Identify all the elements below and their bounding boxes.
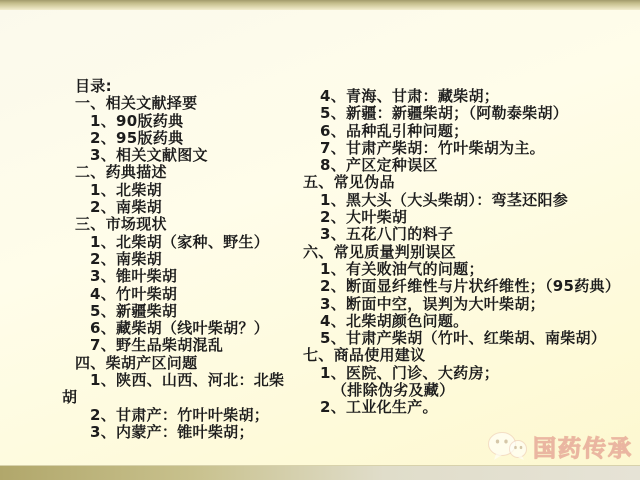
toc-line: 1、90版药典 bbox=[62, 113, 314, 130]
toc-line: 3、内蒙产：锥叶柴胡； bbox=[62, 424, 314, 441]
toc-line: 四、柴胡产区问题 bbox=[62, 355, 314, 372]
watermark-text: 国药传承 bbox=[533, 430, 633, 463]
toc-line: 1、北柴胡 bbox=[62, 182, 314, 199]
toc-line: 3、五花八门的料子 bbox=[296, 226, 640, 243]
toc-line: 5、新疆柴胡 bbox=[62, 303, 314, 320]
toc-line: 6、藏柴胡（线叶柴胡？） bbox=[62, 320, 314, 337]
toc-line: 3、锥叶柴胡 bbox=[62, 268, 314, 285]
toc-line: 1、陕西、山西、河北：北柴 bbox=[62, 372, 314, 389]
toc-line: 胡 bbox=[62, 389, 314, 406]
toc-line: 1、北柴胡（家种、野生） bbox=[62, 234, 314, 251]
toc-line: 三、市场现状 bbox=[62, 216, 314, 233]
wechat-icon bbox=[486, 429, 528, 463]
toc-line: 2、95版药典 bbox=[62, 130, 314, 147]
toc-line: 1、医院、门诊、大药房； bbox=[296, 365, 640, 382]
toc-line: 五、常见伪品 bbox=[296, 174, 640, 191]
top-border bbox=[0, 0, 640, 10]
toc-line: （排除伪劣及藏） bbox=[296, 382, 640, 399]
bottom-border bbox=[0, 465, 640, 480]
toc-line: 5、新疆：新疆柴胡；（阿勒泰柴胡） bbox=[296, 105, 640, 122]
toc-line: 二、药典描述 bbox=[62, 164, 314, 181]
toc-left-column: 目录:一、相关文献择要1、90版药典2、95版药典3、相关文献图文二、药典描述1… bbox=[62, 78, 314, 441]
toc-right-column: 4、青海、甘肃：藏柴胡；5、新疆：新疆柴胡；（阿勒泰柴胡）6、品种乱引种问题；7… bbox=[296, 88, 640, 417]
toc-line: 6、品种乱引种问题； bbox=[296, 123, 640, 140]
toc-line: 7、野生品柴胡混乱 bbox=[62, 337, 314, 354]
toc-line: 一、相关文献择要 bbox=[62, 95, 314, 112]
toc-line: 1、有关败油气的问题； bbox=[296, 261, 640, 278]
toc-line: 七、商品使用建议 bbox=[296, 347, 640, 364]
toc-line: 2、工业化生产。 bbox=[296, 399, 640, 416]
toc-line: 4、北柴胡颜色问题。 bbox=[296, 313, 640, 330]
toc-line: 3、相关文献图文 bbox=[62, 147, 314, 164]
page-title: 目录: bbox=[62, 78, 314, 95]
toc-line: 六、常见质量判别误区 bbox=[296, 244, 640, 261]
toc-line: 4、竹叶柴胡 bbox=[62, 286, 314, 303]
toc-line: 2、甘肃产：竹叶叶柴胡； bbox=[62, 407, 314, 424]
toc-line: 2、南柴胡 bbox=[62, 251, 314, 268]
toc-line: 4、青海、甘肃：藏柴胡； bbox=[296, 88, 640, 105]
watermark: 国药传承 bbox=[486, 429, 633, 463]
toc-line: 2、大叶柴胡 bbox=[296, 209, 640, 226]
toc-line: 2、断面显纤维性与片状纤维性；（95药典） bbox=[296, 278, 640, 295]
toc-line: 2、南柴胡 bbox=[62, 199, 314, 216]
toc-line: 5、甘肃产柴胡（竹叶、红柴胡、南柴胡） bbox=[296, 330, 640, 347]
toc-line: 8、产区定种误区 bbox=[296, 157, 640, 174]
toc-line: 1、黑大头（大头柴胡）：弯茎还阳参 bbox=[296, 192, 640, 209]
toc-line: 7、甘肃产柴胡：竹叶柴胡为主。 bbox=[296, 140, 640, 157]
toc-line: 3、断面中空，误判为大叶柴胡； bbox=[296, 296, 640, 313]
